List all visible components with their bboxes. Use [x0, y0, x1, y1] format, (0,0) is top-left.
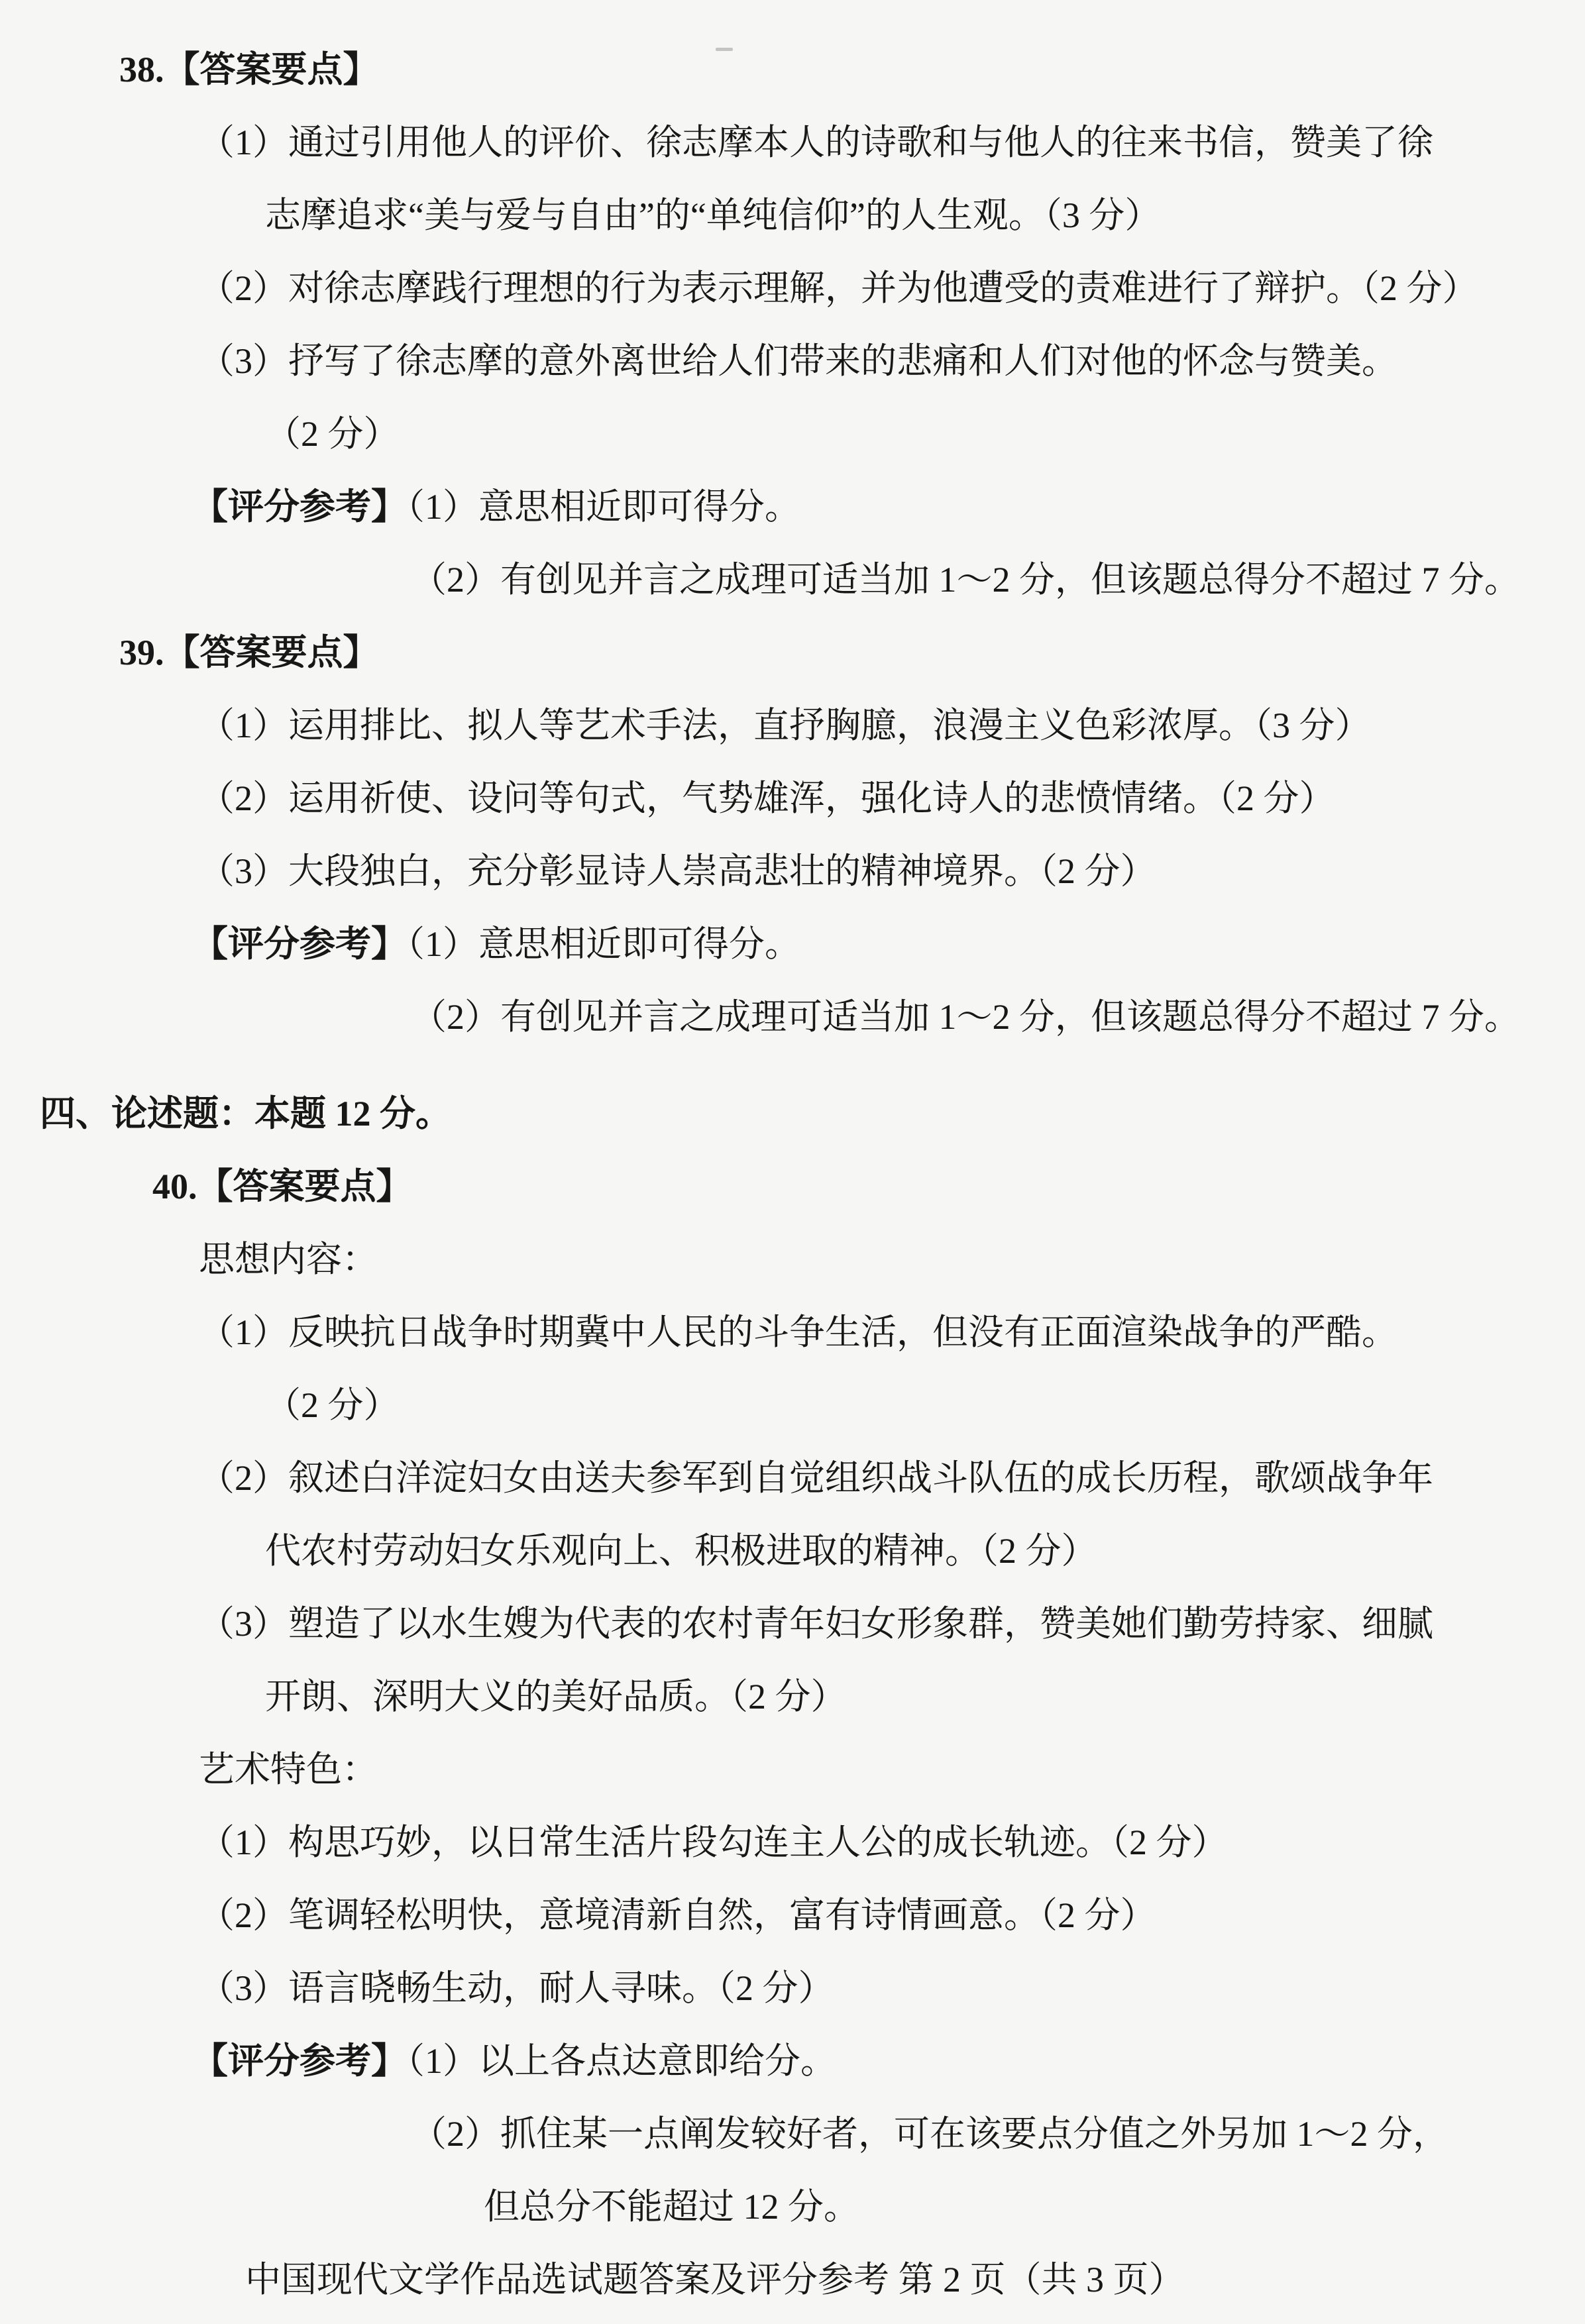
section-4-heading: 四、论述题：本题 12 分。 [40, 1077, 1585, 1150]
scoring-reference: 【评分参考】（1）以上各点达意即给分。 [192, 2025, 1585, 2097]
answer-point: （3）塑造了以水生嫂为代表的农村青年妇女形象群，赞美她们勤劳持家、细腻 [199, 1587, 1585, 1660]
answer-point: （2）运用祈使、设问等句式，气势雄浑，强化诗人的悲愤情绪。（2 分） [199, 762, 1585, 835]
art-section-label: 艺术特色： [199, 1733, 1585, 1806]
scoring-point: （1）以上各点达意即给分。 [407, 2041, 836, 2081]
scoring-reference-label: 【评分参考】 [192, 924, 407, 964]
question-38-block: 38.【答案要点】 （1）通过引用他人的评价、徐志摩本人的诗歌和与他人的往来书信… [0, 33, 1585, 616]
scoring-reference-label: 【评分参考】 [192, 2041, 407, 2081]
question-40-block: 40.【答案要点】 思想内容： （1）反映抗日战争时期冀中人民的斗争生活，但没有… [0, 1150, 1585, 2243]
answer-point: （3）抒写了徐志摩的意外离世给人们带来的悲痛和人们对他的怀念与赞美。 [199, 325, 1585, 397]
answer-point-continuation: （2 分） [265, 1369, 1585, 1442]
scan-artifact [716, 48, 733, 51]
question-38-heading: 38.【答案要点】 [119, 33, 1585, 106]
scoring-point: （2）有创见并言之成理可适当加 1～2 分，但该题总得分不超过 7 分。 [411, 543, 1585, 616]
question-40-number: 40. [152, 1167, 197, 1206]
question-40-heading: 40.【答案要点】 [152, 1150, 1585, 1223]
answer-point: （1）反映抗日战争时期冀中人民的斗争生活，但没有正面渲染战争的严酷。 [199, 1296, 1585, 1369]
answer-point-continuation: 志摩追求“美与爱与自由”的“单纯信仰”的人生观。（3 分） [265, 179, 1585, 252]
answer-points-label: 【答案要点】 [164, 633, 379, 672]
scoring-point-continuation: 但总分不能超过 12 分。 [484, 2170, 1585, 2243]
scoring-point: （1）意思相近即可得分。 [407, 924, 800, 964]
scoring-reference: 【评分参考】（1）意思相近即可得分。 [192, 470, 1585, 543]
question-38-number: 38. [119, 50, 164, 89]
answer-point: （1）运用排比、拟人等艺术手法，直抒胸臆，浪漫主义色彩浓厚。（3 分） [199, 689, 1585, 762]
question-39-number: 39. [119, 633, 164, 672]
answer-point: （2）叙述白洋淀妇女由送夫参军到自觉组织战斗队伍的成长历程，歌颂战争年 [199, 1442, 1585, 1514]
scoring-point: （1）意思相近即可得分。 [407, 487, 800, 527]
answer-point: （1）构思巧妙，以日常生活片段勾连主人公的成长轨迹。（2 分） [199, 1806, 1585, 1879]
answer-point-continuation: 开朗、深明大义的美好品质。（2 分） [265, 1660, 1585, 1733]
answer-point: （1）通过引用他人的评价、徐志摩本人的诗歌和与他人的往来书信，赞美了徐 [199, 106, 1585, 179]
page-footer: 中国现代文学作品选试题答案及评分参考 第 2 页（共 3 页） [245, 2243, 1585, 2316]
scoring-point: （2）抓住某一点阐发较好者，可在该要点分值之外另加 1～2 分， [411, 2097, 1585, 2170]
answer-point: （3）大段独白，充分彰显诗人崇高悲壮的精神境界。（2 分） [199, 835, 1585, 908]
content-section-label: 思想内容： [199, 1223, 1585, 1296]
answer-point: （3）语言晓畅生动，耐人寻味。（2 分） [199, 1952, 1585, 2025]
answer-points-label: 【答案要点】 [197, 1167, 412, 1206]
answer-points-label: 【答案要点】 [164, 50, 379, 89]
scoring-reference: 【评分参考】（1）意思相近即可得分。 [192, 908, 1585, 980]
answer-point: （2）笔调轻松明快，意境清新自然，富有诗情画意。（2 分） [199, 1879, 1585, 1952]
answer-key-page: 38.【答案要点】 （1）通过引用他人的评价、徐志摩本人的诗歌和与他人的往来书信… [0, 0, 1585, 2324]
question-39-heading: 39.【答案要点】 [119, 616, 1585, 689]
question-39-block: 39.【答案要点】 （1）运用排比、拟人等艺术手法，直抒胸臆，浪漫主义色彩浓厚。… [0, 616, 1585, 1053]
answer-point-continuation: 代农村劳动妇女乐观向上、积极进取的精神。（2 分） [265, 1514, 1585, 1587]
scoring-reference-label: 【评分参考】 [192, 487, 407, 527]
scoring-point: （2）有创见并言之成理可适当加 1～2 分，但该题总得分不超过 7 分。 [411, 980, 1585, 1053]
answer-point: （2）对徐志摩践行理想的行为表示理解，并为他遭受的责难进行了辩护。（2 分） [199, 252, 1585, 325]
answer-point-continuation: （2 分） [265, 397, 1585, 470]
